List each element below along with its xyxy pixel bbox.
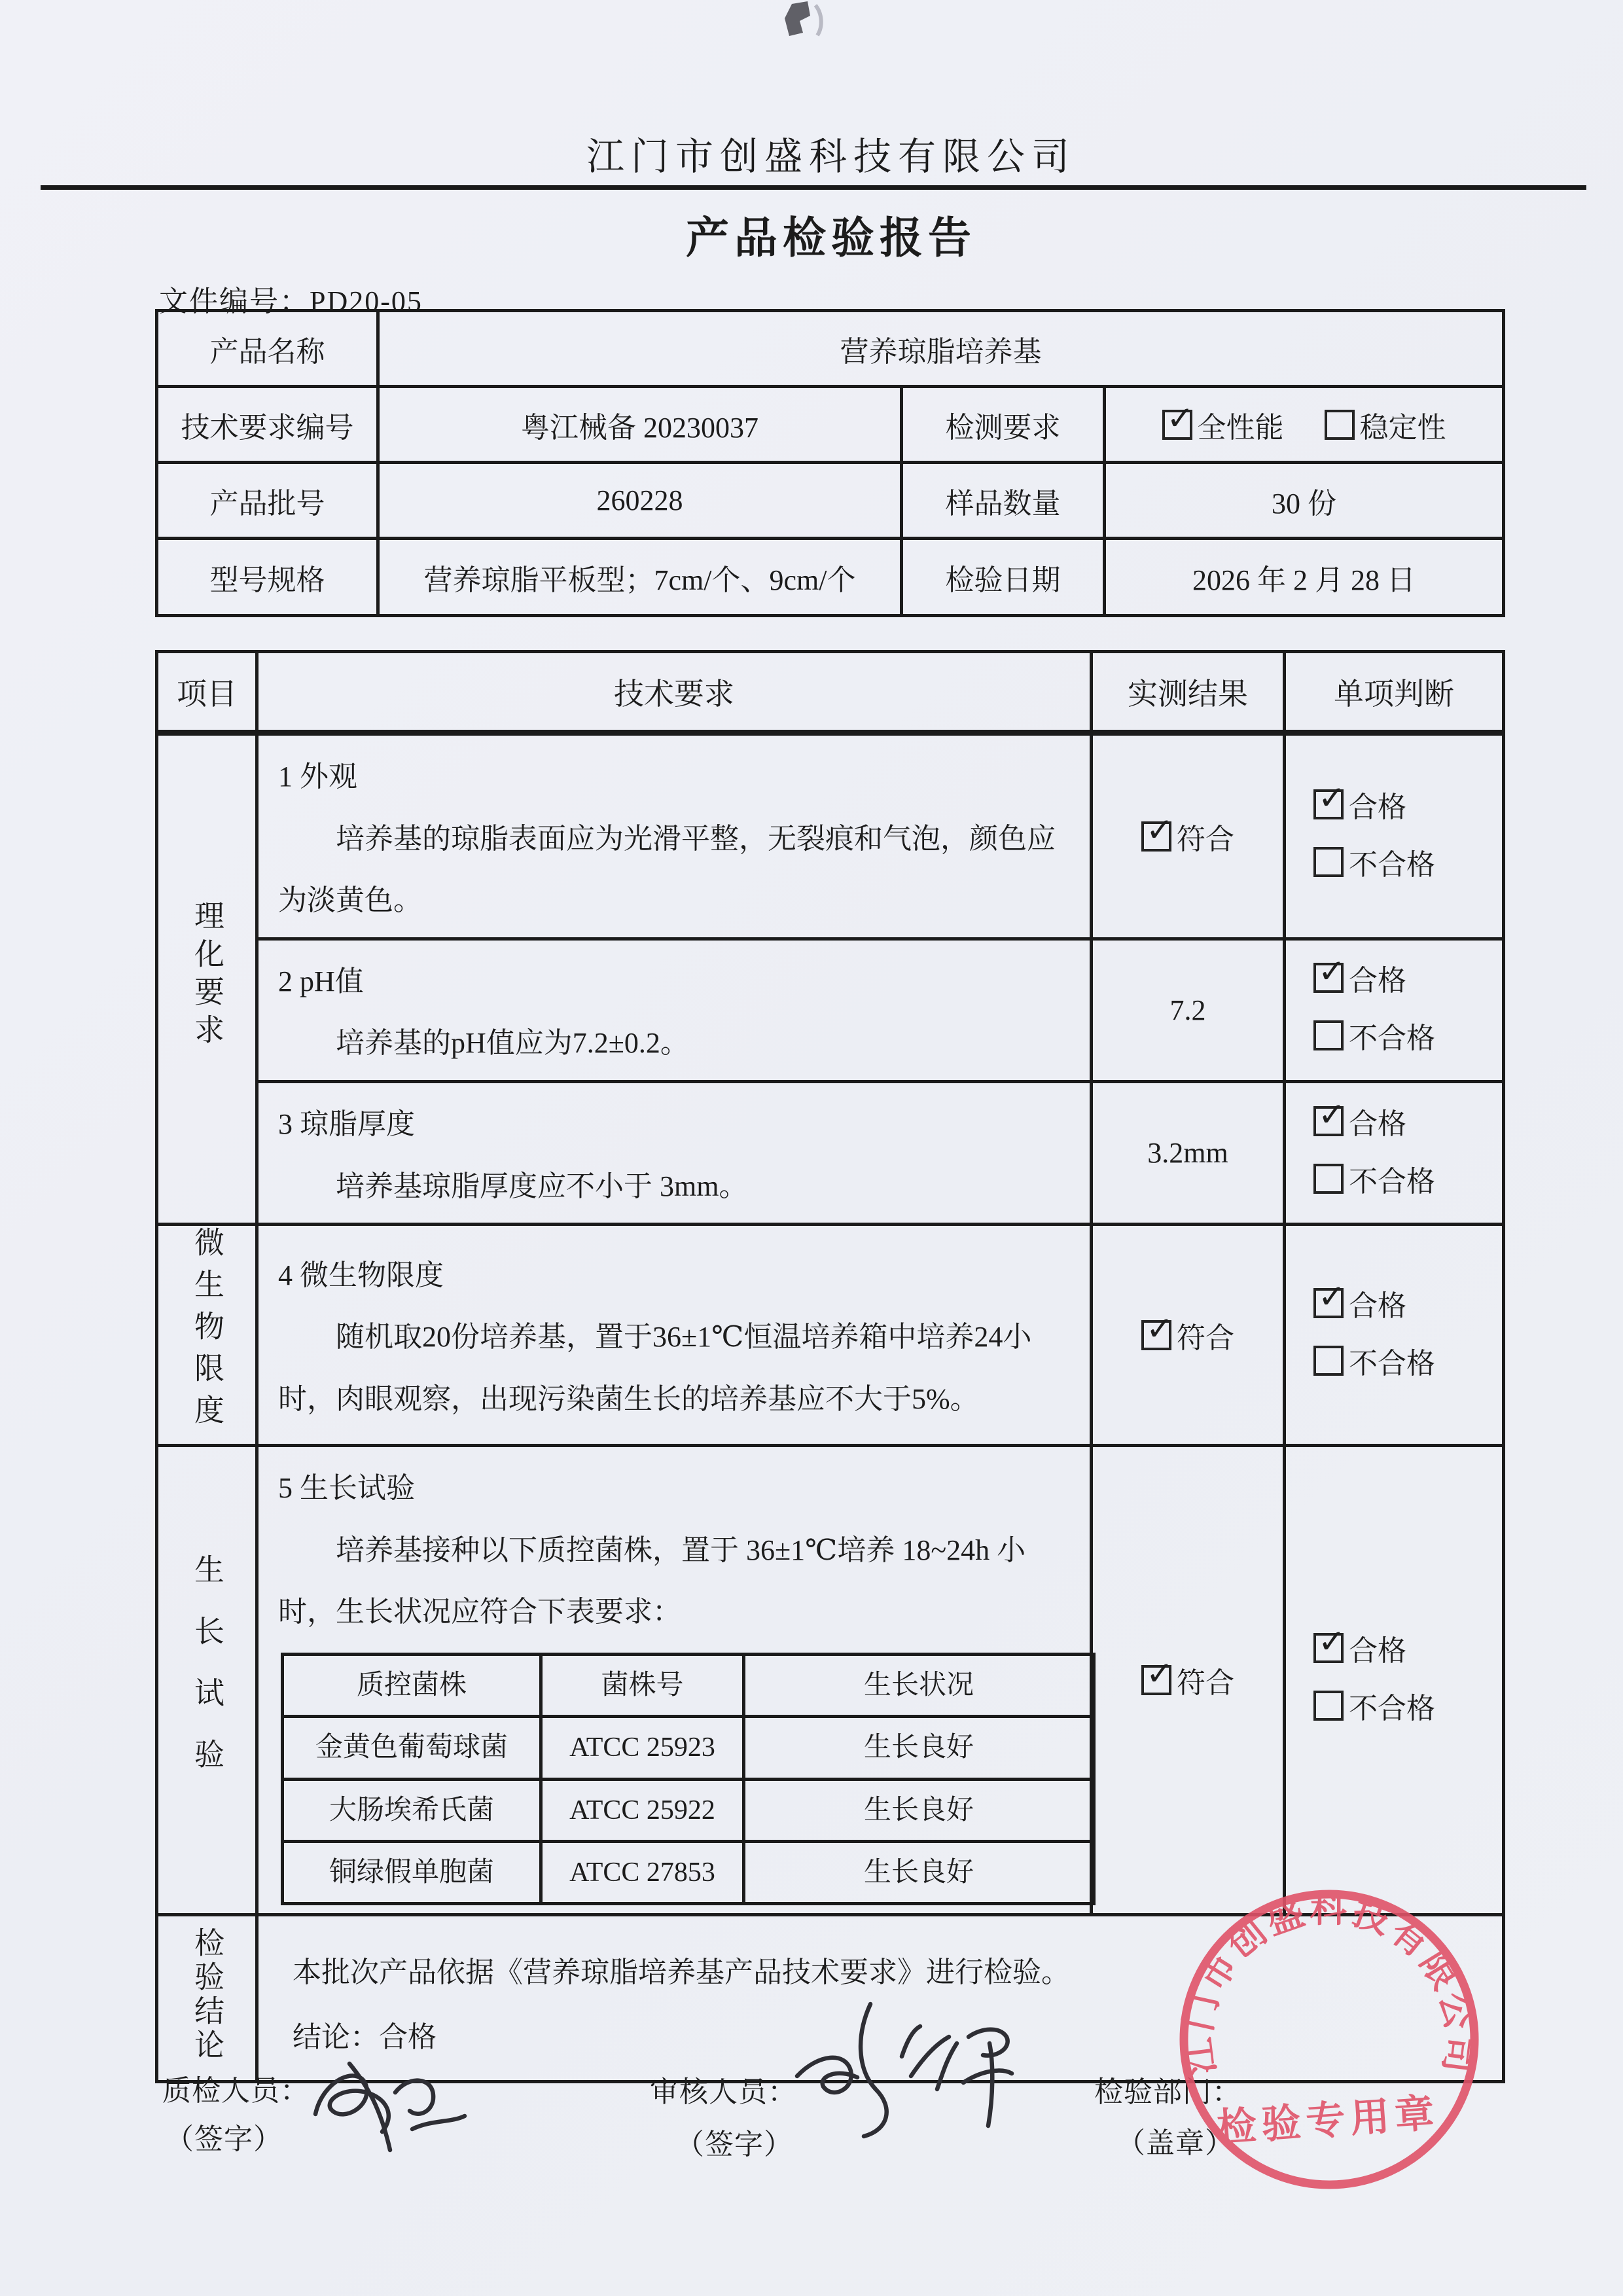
option-full-performance: 全性能 bbox=[1198, 412, 1284, 444]
judgment-pass-line: ✓合格 bbox=[1313, 1096, 1501, 1153]
check-mark-icon: ✓ bbox=[1146, 1657, 1173, 1690]
strain-status: 生长良好 bbox=[744, 1841, 1094, 1903]
product-info-table: 产品名称 营养琼脂培养基 技术要求编号 粤江械备 20230037 检测要求 ✓… bbox=[155, 309, 1505, 617]
test-req-options: ✓全性能稳定性 bbox=[1105, 387, 1504, 463]
checkbox-pass-checked: ✓ bbox=[1313, 1106, 1344, 1136]
row-appearance: 理化要求 1 外观 培养基的琼脂表面应为光滑平整，无裂痕和气泡，颜色应为淡黄色。… bbox=[157, 733, 1504, 939]
judgment-pass-label: 合格 bbox=[1349, 965, 1406, 997]
result-text: 符合 bbox=[1177, 1667, 1234, 1699]
report-title: 产品检验报告 bbox=[39, 203, 1623, 265]
requirement-body: 培养基琼脂厚度应不小于 3mm。 bbox=[278, 1156, 1073, 1218]
checkbox-result-checked: ✓ bbox=[1141, 821, 1171, 852]
strain-number: ATCC 25923 bbox=[541, 1717, 744, 1779]
col-header-requirement: 技术要求 bbox=[257, 652, 1092, 733]
check-mark-icon: ✓ bbox=[1146, 814, 1173, 846]
qc-sign-sublabel: （签字） bbox=[165, 2115, 283, 2157]
section-label-conclusion: 检验结论 bbox=[157, 1915, 257, 2082]
judgment-pass-line: ✓合格 bbox=[1313, 1623, 1501, 1680]
checkbox-fail-unchecked bbox=[1313, 1164, 1344, 1194]
checkbox-fail-unchecked bbox=[1313, 847, 1344, 877]
checkbox-fail-unchecked bbox=[1313, 1346, 1344, 1376]
judgment-fail-label: 不合格 bbox=[1349, 1166, 1435, 1198]
checkbox-stability-unchecked bbox=[1325, 410, 1355, 440]
result-text: 符合 bbox=[1177, 823, 1234, 855]
requirement-body: 培养基的pH值应为7.2±0.2。 bbox=[278, 1013, 1073, 1075]
check-mark-icon: ✓ bbox=[1146, 1312, 1173, 1345]
checkbox-pass-checked: ✓ bbox=[1313, 789, 1344, 819]
requirement-title: 3 琼脂厚度 bbox=[278, 1094, 1073, 1156]
requirement-thickness: 3 琼脂厚度 培养基琼脂厚度应不小于 3mm。 bbox=[257, 1081, 1092, 1224]
result-ph: 7.2 bbox=[1092, 939, 1285, 1081]
requirement-title: 1 外观 bbox=[278, 746, 1073, 808]
checkbox-result-checked: ✓ bbox=[1141, 1665, 1171, 1695]
judgment-pass-label: 合格 bbox=[1349, 1635, 1406, 1667]
stamp-bottom-text: 检验专用章 bbox=[1216, 2090, 1441, 2150]
judgment-fail-label: 不合格 bbox=[1349, 849, 1435, 881]
inspection-table: 项目 技术要求 实测结果 单项判断 理化要求 1 外观 培养基的琼脂表面应为光滑… bbox=[155, 650, 1505, 2083]
row-micro-limit: 微生物限度 4 微生物限度 随机取20份培养基，置于36±1℃恒温培养箱中培养2… bbox=[157, 1225, 1504, 1446]
requirement-micro: 4 微生物限度 随机取20份培养基，置于36±1℃恒温培养箱中培养24小时，肉眼… bbox=[257, 1225, 1092, 1446]
strain-name: 大肠埃希氏菌 bbox=[283, 1779, 541, 1841]
requirement-growth: 5 生长试验 培养基接种以下质控菌株，置于 36±1℃培养 18~24h 小时，… bbox=[257, 1446, 1092, 1915]
judgment-appearance: ✓合格 不合格 bbox=[1285, 733, 1504, 939]
strain-name: 铜绿假单胞菌 bbox=[283, 1841, 541, 1903]
option-stability: 稳定性 bbox=[1360, 412, 1446, 444]
checkbox-pass-checked: ✓ bbox=[1313, 1633, 1344, 1663]
date-value: 2026 年 2 月 28 日 bbox=[1105, 539, 1504, 616]
growth-row-staph: 金黄色葡萄球菌 ATCC 25923 生长良好 bbox=[283, 1717, 1094, 1779]
check-mark-icon: ✓ bbox=[1318, 1280, 1346, 1313]
model-label: 型号规格 bbox=[157, 539, 378, 616]
checkbox-fail-unchecked bbox=[1313, 1020, 1344, 1050]
row-ph: 2 pH值 培养基的pH值应为7.2±0.2。 7.2 ✓合格 不合格 bbox=[157, 939, 1504, 1081]
judgment-fail-line: 不合格 bbox=[1313, 1335, 1501, 1393]
judgment-fail-label: 不合格 bbox=[1349, 1022, 1435, 1054]
section-label-physchem: 理化要求 bbox=[157, 733, 257, 1225]
growth-header-row: 质控菌株 菌株号 生长状况 bbox=[283, 1654, 1094, 1716]
check-mark-icon: ✓ bbox=[1318, 1098, 1346, 1131]
result-growth: ✓符合 bbox=[1092, 1446, 1285, 1915]
checkbox-pass-checked: ✓ bbox=[1313, 963, 1344, 993]
judgment-pass-label: 合格 bbox=[1349, 791, 1406, 823]
info-row-batch: 产品批号 260228 样品数量 30 份 bbox=[157, 463, 1504, 539]
result-text: 符合 bbox=[1177, 1322, 1234, 1354]
row-growth-test: 生长试验 5 生长试验 培养基接种以下质控菌株，置于 36±1℃培养 18~24… bbox=[157, 1446, 1504, 1915]
batch-value: 260228 bbox=[378, 463, 902, 539]
judgment-pass-label: 合格 bbox=[1349, 1108, 1406, 1140]
check-mark-icon: ✓ bbox=[1318, 781, 1346, 814]
requirement-body: 培养基的琼脂表面应为光滑平整，无裂痕和气泡，颜色应为淡黄色。 bbox=[278, 808, 1073, 932]
growth-col-number: 菌株号 bbox=[541, 1654, 744, 1716]
growth-row-pseudomonas: 铜绿假单胞菌 ATCC 27853 生长良好 bbox=[283, 1841, 1094, 1903]
info-row-tech-req: 技术要求编号 粤江械备 20230037 检测要求 ✓全性能稳定性 bbox=[157, 387, 1504, 463]
strain-name: 金黄色葡萄球菌 bbox=[283, 1717, 541, 1779]
growth-col-strain: 质控菌株 bbox=[283, 1654, 541, 1716]
inspection-stamp: 江门市创盛科技有限公司 检验专用章 bbox=[1173, 1877, 1486, 2204]
result-thickness: 3.2mm bbox=[1092, 1081, 1285, 1224]
date-label: 检验日期 bbox=[902, 539, 1105, 616]
growth-table: 质控菌株 菌株号 生长状况 金黄色葡萄球菌 ATCC 25923 生长良好 大肠… bbox=[281, 1653, 1096, 1905]
qc-person-label: 质检人员： bbox=[162, 2067, 310, 2109]
strain-number: ATCC 27853 bbox=[541, 1841, 744, 1903]
result-appearance: ✓符合 bbox=[1092, 733, 1285, 939]
judgment-fail-line: 不合格 bbox=[1313, 1680, 1501, 1738]
model-value: 营养琼脂平板型；7cm/个、9cm/个 bbox=[378, 539, 902, 616]
growth-row-ecoli: 大肠埃希氏菌 ATCC 25922 生长良好 bbox=[283, 1779, 1094, 1841]
strain-status: 生长良好 bbox=[744, 1717, 1094, 1779]
requirement-title: 2 pH值 bbox=[278, 951, 1073, 1013]
col-header-result: 实测结果 bbox=[1092, 652, 1285, 733]
info-row-product-name: 产品名称 营养琼脂培养基 bbox=[157, 311, 1504, 387]
judgment-fail-label: 不合格 bbox=[1349, 1693, 1435, 1725]
judgment-fail-line: 不合格 bbox=[1313, 836, 1501, 894]
header-rule bbox=[41, 185, 1586, 190]
qty-value: 30 份 bbox=[1105, 463, 1504, 539]
info-row-model: 型号规格 营养琼脂平板型；7cm/个、9cm/个 检验日期 2026 年 2 月… bbox=[157, 539, 1504, 616]
judgment-micro: ✓合格 不合格 bbox=[1285, 1225, 1504, 1446]
col-header-judgment: 单项判断 bbox=[1285, 652, 1504, 733]
report-page: 江门市创盛科技有限公司 产品检验报告 文件编号：PD20-05 产品名称 营养琼… bbox=[0, 0, 1623, 2296]
checkbox-pass-checked: ✓ bbox=[1313, 1288, 1344, 1318]
checkbox-full-performance-checked: ✓ bbox=[1162, 410, 1192, 440]
requirement-title: 5 生长试验 bbox=[278, 1458, 1073, 1520]
strain-status: 生长良好 bbox=[744, 1779, 1094, 1841]
check-mark-icon: ✓ bbox=[1318, 1625, 1346, 1658]
judgment-pass-line: ✓合格 bbox=[1313, 952, 1501, 1010]
judgment-pass-line: ✓合格 bbox=[1313, 1278, 1501, 1335]
row-agar-thickness: 3 琼脂厚度 培养基琼脂厚度应不小于 3mm。 3.2mm ✓合格 不合格 bbox=[157, 1081, 1504, 1224]
check-mark-icon: ✓ bbox=[1318, 955, 1346, 988]
requirement-ph: 2 pH值 培养基的pH值应为7.2±0.2。 bbox=[257, 939, 1092, 1081]
qty-label: 样品数量 bbox=[902, 463, 1105, 539]
judgment-fail-line: 不合格 bbox=[1313, 1010, 1501, 1067]
strain-number: ATCC 25922 bbox=[541, 1779, 744, 1841]
judgment-pass-line: ✓合格 bbox=[1313, 779, 1501, 836]
judgment-fail-label: 不合格 bbox=[1349, 1348, 1435, 1380]
stamp-arc-text: 江门市创盛科技有限公司 bbox=[1177, 1888, 1482, 2077]
checkbox-fail-unchecked bbox=[1313, 1691, 1344, 1721]
col-header-item: 项目 bbox=[157, 652, 257, 733]
judgment-thickness: ✓合格 不合格 bbox=[1285, 1081, 1504, 1224]
judgment-growth: ✓合格 不合格 bbox=[1285, 1446, 1504, 1915]
check-mark-icon: ✓ bbox=[1167, 402, 1194, 435]
requirement-body: 随机取20份培养基，置于36±1℃恒温培养箱中培养24小时，肉眼观察，出现污染菌… bbox=[278, 1306, 1073, 1430]
requirement-body: 培养基接种以下质控菌株，置于 36±1℃培养 18~24h 小时，生长状况应符合… bbox=[278, 1520, 1073, 1643]
test-req-label: 检测要求 bbox=[902, 387, 1105, 463]
checkbox-result-checked: ✓ bbox=[1141, 1320, 1171, 1350]
batch-label: 产品批号 bbox=[157, 463, 378, 539]
result-micro: ✓符合 bbox=[1092, 1225, 1285, 1446]
judgment-ph: ✓合格 不合格 bbox=[1285, 939, 1504, 1081]
requirement-appearance: 1 外观 培养基的琼脂表面应为光滑平整，无裂痕和气泡，颜色应为淡黄色。 bbox=[257, 733, 1092, 939]
tech-req-label: 技术要求编号 bbox=[157, 387, 378, 463]
svg-text:江门市创盛科技有限公司: 江门市创盛科技有限公司 bbox=[1177, 1888, 1482, 2077]
judgment-fail-line: 不合格 bbox=[1313, 1153, 1501, 1211]
requirement-title: 4 微生物限度 bbox=[278, 1245, 1073, 1307]
company-name: 江门市创盛科技有限公司 bbox=[39, 126, 1623, 181]
reviewer-signature bbox=[772, 1996, 1014, 2140]
product-name-label: 产品名称 bbox=[157, 311, 378, 387]
scan-artifact bbox=[772, 0, 831, 39]
section-label-growth: 生长试验 bbox=[157, 1446, 257, 1915]
section-label-micro: 微生物限度 bbox=[157, 1225, 257, 1446]
tech-req-value: 粤江械备 20230037 bbox=[378, 387, 902, 463]
growth-col-status: 生长状况 bbox=[744, 1654, 1094, 1716]
judgment-pass-label: 合格 bbox=[1349, 1290, 1406, 1322]
inspection-header-row: 项目 技术要求 实测结果 单项判断 bbox=[157, 652, 1504, 733]
product-name-value: 营养琼脂培养基 bbox=[378, 311, 1504, 387]
qc-signature bbox=[302, 2052, 479, 2163]
